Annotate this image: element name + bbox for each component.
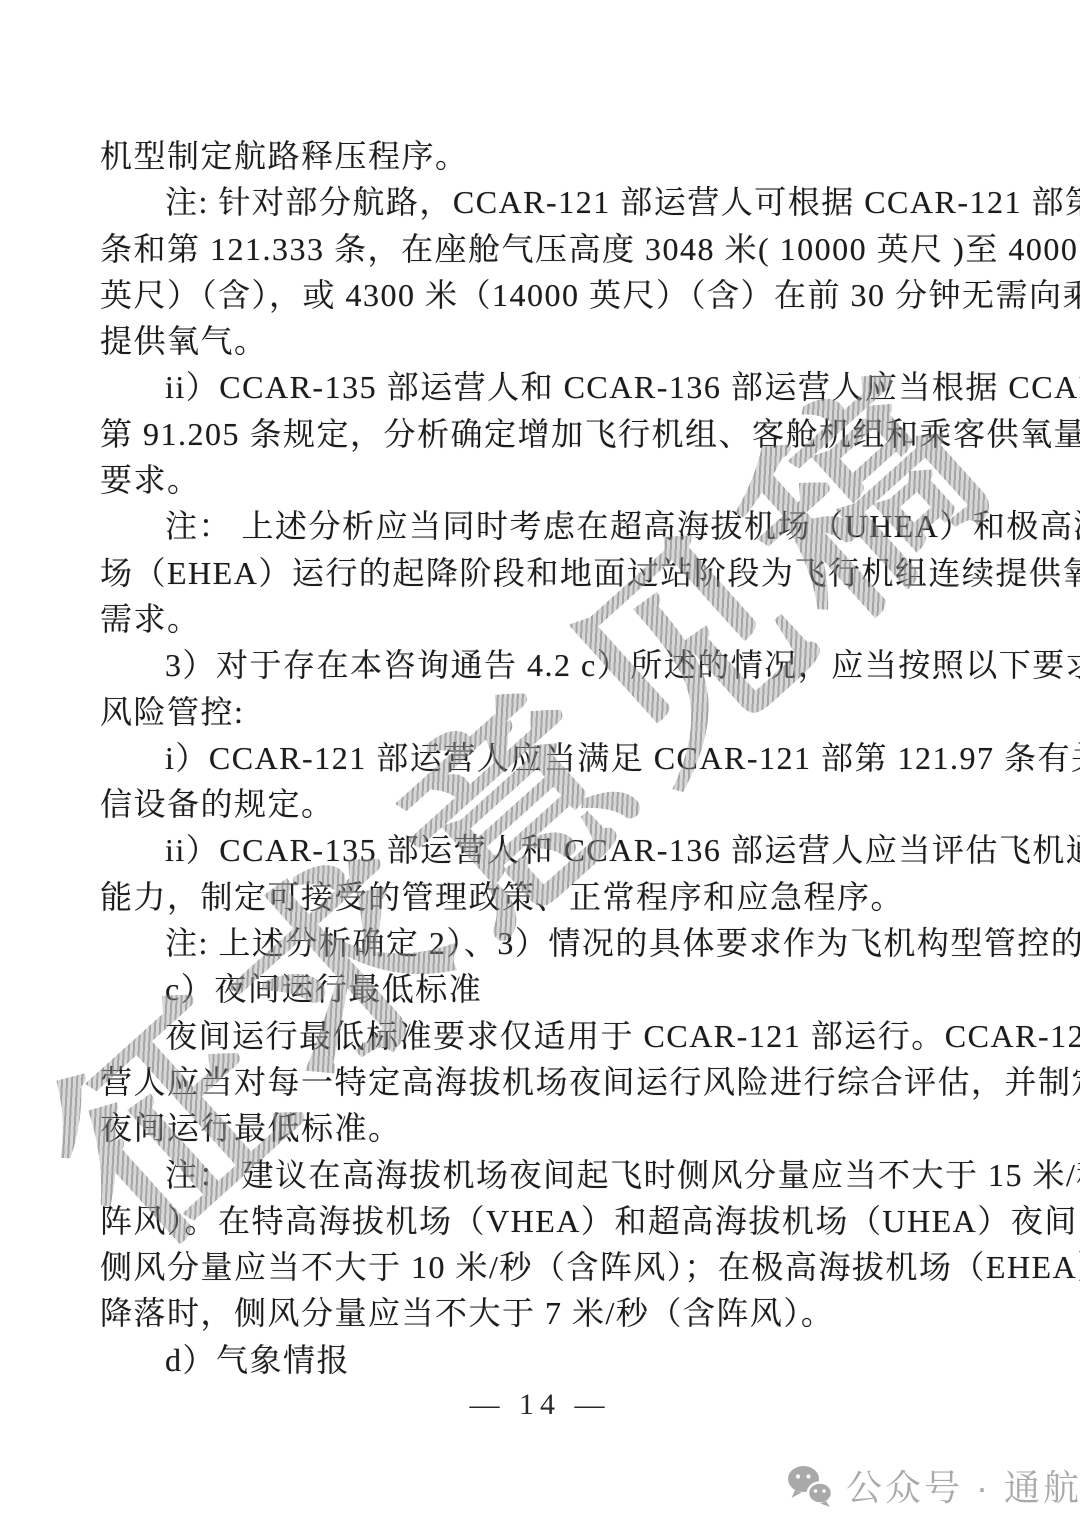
text-line: ii）CCAR-135 部运营人和 CCAR-136 部运营人应当根据 CCAR… <box>100 364 992 410</box>
text-line: 第 91.205 条规定，分析确定增加飞行机组、客舱机组和乘客供氧量的具体 <box>100 411 992 457</box>
text-line: 需求。 <box>100 596 992 642</box>
text-line: 条和第 121.333 条，在座舱气压高度 3048 米( 10000 英尺 )… <box>100 226 992 272</box>
text-line: 注: 上述分析确定 2）、3）情况的具体要求作为飞机构型管控的输入。 <box>100 920 992 966</box>
text-line: 阵风）。在特高海拔机场（VHEA）和超高海拔机场（UHEA）夜间降落时， <box>100 1198 992 1244</box>
text-line: i）CCAR-121 部运营人应当满足 CCAR-121 部第 121.97 条… <box>100 735 992 781</box>
text-line: 3）对于存在本咨询通告 4.2 c）所述的情况，应当按照以下要求进行 <box>100 642 992 688</box>
text-line: 夜间运行最低标准。 <box>100 1105 992 1151</box>
document-page: 机型制定航路释压程序。注: 针对部分航路，CCAR-121 部运营人可根据 CC… <box>0 0 1080 1527</box>
text-line: 英尺）（含），或 4300 米（14000 英尺）（含）在前 30 分钟无需向乘… <box>100 272 992 318</box>
text-line: 侧风分量应当不大于 10 米/秒（含阵风）；在极高海拔机场（EHEA）夜航 <box>100 1244 992 1290</box>
text-line: 降落时，侧风分量应当不大于 7 米/秒（含阵风）。 <box>100 1290 992 1336</box>
text-line: 机型制定航路释压程序。 <box>100 133 992 179</box>
text-line: c）夜间运行最低标准 <box>100 966 992 1012</box>
text-line: 风险管控: <box>100 689 992 735</box>
text-line: 信设备的规定。 <box>100 781 992 827</box>
wechat-icon <box>786 1465 836 1507</box>
text-block: 机型制定航路释压程序。注: 针对部分航路，CCAR-121 部运营人可根据 CC… <box>100 133 992 1383</box>
text-line: 注： 上述分析应当同时考虑在超高海拔机场（UHEA）和极高海拔机 <box>100 503 992 549</box>
text-line: 注: 针对部分航路，CCAR-121 部运营人可根据 CCAR-121 部第 1… <box>100 179 992 225</box>
text-line: 要求。 <box>100 457 992 503</box>
wechat-account-badge: 公众号 · 通航圈 <box>786 1460 1080 1511</box>
text-line: 提供氧气。 <box>100 318 992 364</box>
text-line: ii）CCAR-135 部运营人和 CCAR-136 部运营人应当评估飞机通信设… <box>100 827 992 873</box>
wechat-account-label: 公众号 · 通航圈 <box>846 1460 1080 1511</box>
text-line: 场（EHEA）运行的起降阶段和地面过站阶段为飞行机组连续提供氧气的 <box>100 550 992 596</box>
text-line: d）气象情报 <box>100 1337 992 1383</box>
text-line: 注： 建议在高海拔机场夜间起飞时侧风分量应当不大于 15 米/秒（含 <box>100 1152 992 1198</box>
text-line: 夜间运行最低标准要求仅适用于 CCAR-121 部运行。CCAR-121 部运 <box>100 1013 992 1059</box>
text-line: 能力，制定可接受的管理政策、正常程序和应急程序。 <box>100 874 992 920</box>
text-line: 营人应当对每一特定高海拔机场夜间运行风险进行综合评估，并制定相应 <box>100 1059 992 1105</box>
page-number: — 14 — <box>0 1388 1080 1422</box>
